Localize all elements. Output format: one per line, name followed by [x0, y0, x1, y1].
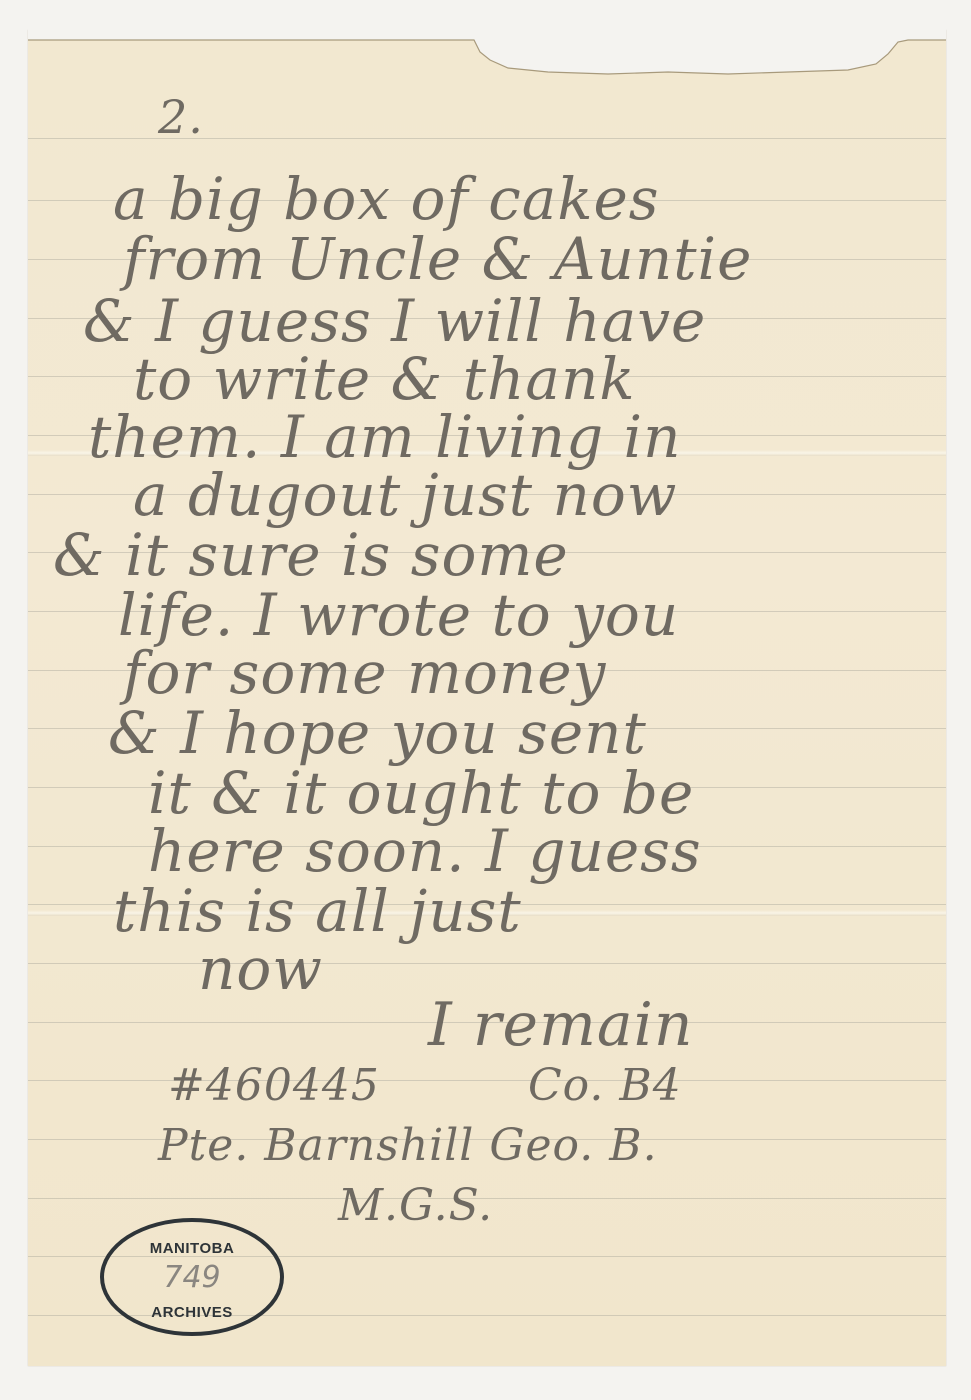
letter-paper: 2. a big box of cakes from Uncle & Aunti…	[28, 30, 946, 1366]
letter-line: life. I wrote to you	[118, 586, 679, 644]
page-number: 2.	[158, 90, 204, 144]
letter-line: this is all just	[113, 882, 522, 940]
letter-line: to write & thank	[133, 350, 635, 408]
letter-line: for some money	[123, 644, 606, 702]
ruled-line	[28, 963, 946, 964]
unit-abbreviation: M.G.S.	[338, 1180, 493, 1231]
signature-name: Pte. Barnshill Geo. B.	[158, 1120, 658, 1171]
letter-line: here soon. I guess	[148, 822, 702, 880]
torn-edge	[28, 28, 946, 78]
letter-line: a dugout just now	[133, 466, 677, 524]
letter-line: & it sure is some	[53, 526, 569, 584]
letter-line: & I hope you sent	[108, 704, 647, 762]
stamp-number: 749	[104, 1260, 280, 1295]
stamp-top-text: MANITOBA	[104, 1240, 280, 1257]
service-number: #460445	[168, 1060, 380, 1111]
letter-line: a big box of cakes	[113, 170, 660, 228]
ruled-line	[28, 1080, 946, 1081]
letter-line: them. I am living in	[88, 408, 681, 466]
unit: Co. B4	[528, 1060, 682, 1111]
archive-stamp: MANITOBA 749 ARCHIVES	[100, 1218, 284, 1336]
letter-line: & I guess I will have	[83, 292, 706, 350]
closing: I remain	[428, 990, 693, 1060]
scanned-document: 2. a big box of cakes from Uncle & Aunti…	[0, 0, 971, 1400]
letter-line: from Uncle & Auntie	[123, 230, 752, 288]
letter-line: now	[198, 940, 323, 998]
stamp-bottom-text: ARCHIVES	[104, 1304, 280, 1321]
letter-line: it & it ought to be	[148, 764, 694, 822]
